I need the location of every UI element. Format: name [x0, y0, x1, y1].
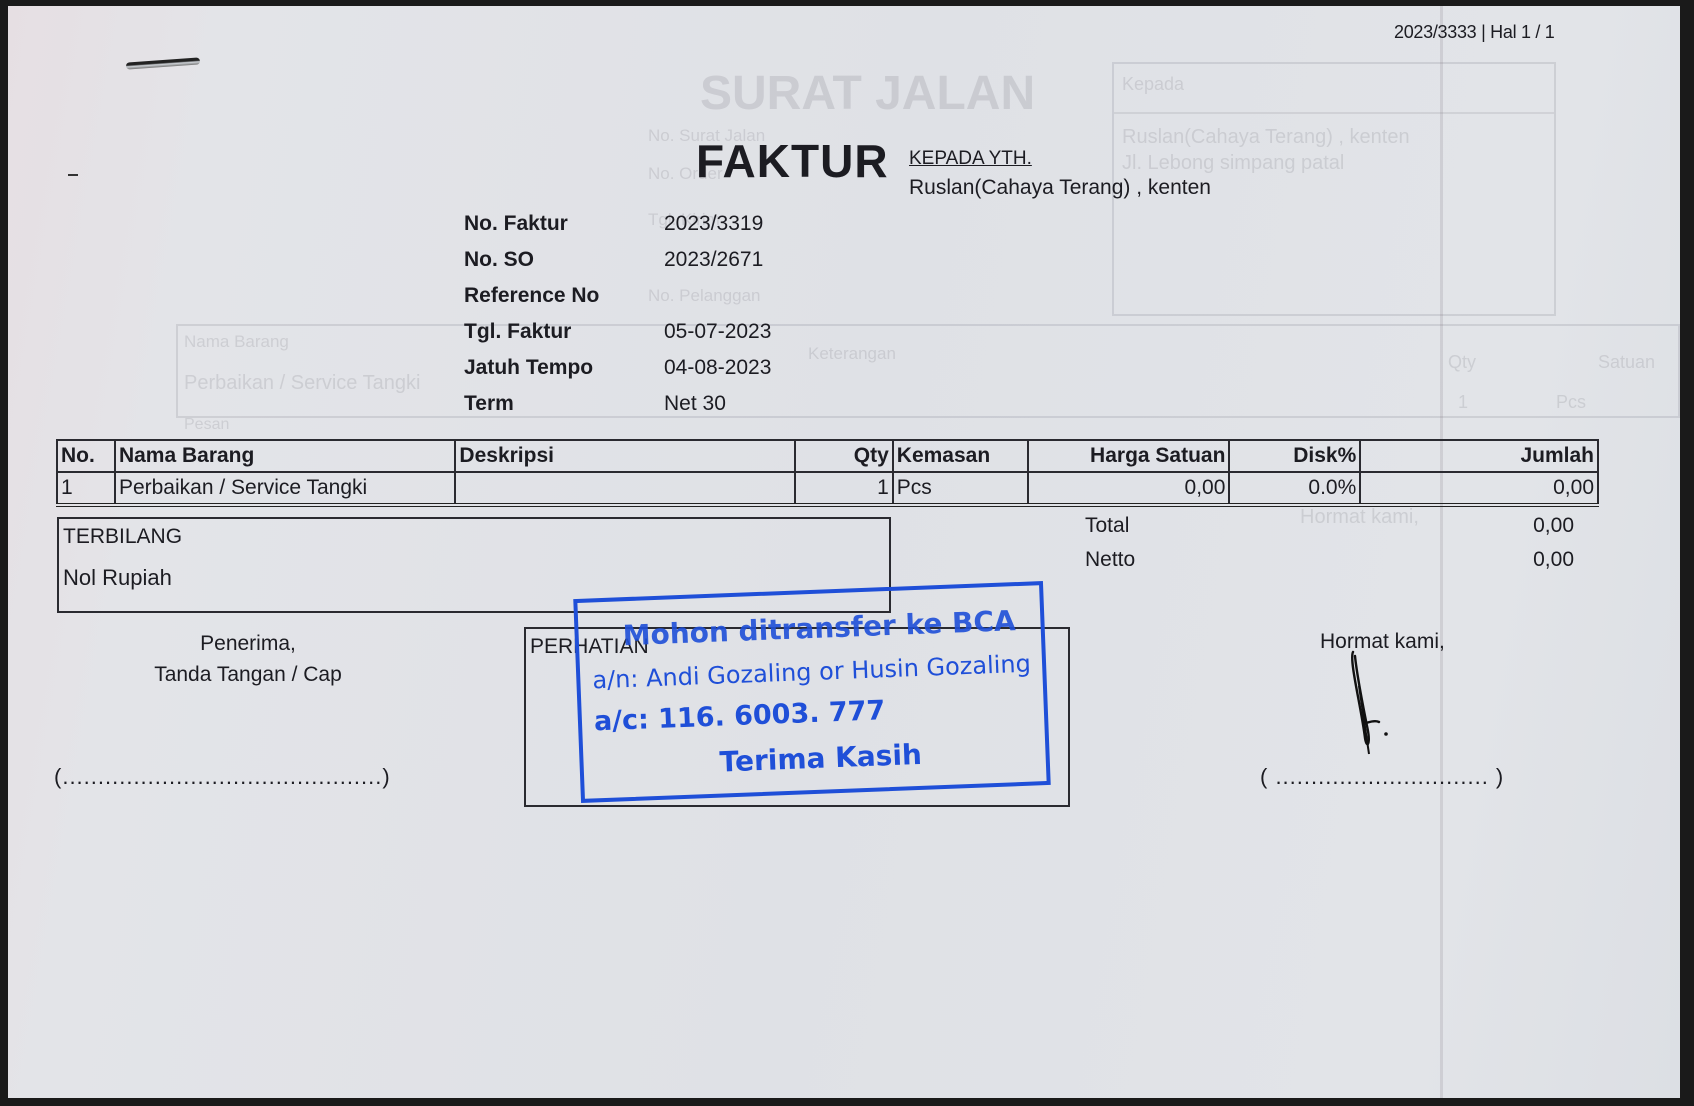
- ghost-customer: Ruslan(Cahaya Terang) , kenten: [1122, 126, 1410, 149]
- ghost-hormat: Hormat kami,: [1300, 506, 1419, 529]
- ghost-col: Keterangan: [808, 344, 896, 364]
- tanda-tangan-label: Tanda Tangan / Cap: [118, 659, 378, 690]
- ghost-address: Jl. Lebong simpang patal: [1122, 152, 1344, 175]
- cell-jumlah: 0,00: [1360, 472, 1598, 505]
- col-disk: Disk%: [1229, 440, 1360, 472]
- col-deskripsi: Deskripsi: [455, 440, 794, 472]
- ghost-row: Perbaikan / Service Tangki: [184, 372, 420, 395]
- paper-fold-line: [1440, 6, 1443, 1098]
- issuer-signature-line: ( .............................. ): [1260, 764, 1504, 790]
- total-value: 0,00: [1533, 514, 1574, 538]
- cell-qty: 1: [795, 472, 893, 505]
- ghost-col: Qty: [1448, 352, 1476, 373]
- kepada-label: KEPADA YTH.: [909, 148, 1032, 170]
- bank-transfer-stamp: Mohon ditransfer ke BCA a/n: Andi Gozali…: [573, 581, 1050, 803]
- meta-row: Reference No: [464, 278, 771, 314]
- invoice-meta: No. Faktur 2023/3319 No. SO 2023/2671 Re…: [464, 206, 771, 422]
- cell-disk: 0.0%: [1229, 472, 1360, 505]
- meta-row: Tgl. Faktur 05-07-2023: [464, 314, 771, 350]
- punch-mark: [68, 174, 78, 176]
- terbilang-label: TERBILANG: [63, 525, 182, 549]
- ghost-row: Pcs: [1556, 392, 1586, 413]
- terbilang-value: Nol Rupiah: [63, 565, 172, 591]
- col-kemasan: Kemasan: [893, 440, 1028, 472]
- ghost-kepada: Kepada: [1122, 74, 1184, 95]
- stamp-line: Mohon ditransfer ke BCA: [622, 604, 1016, 652]
- items-table: No. Nama Barang Deskripsi Qty Kemasan Ha…: [56, 439, 1599, 507]
- ghost-pesan: Pesan: [184, 416, 229, 434]
- table-row: 1 Perbaikan / Service Tangki 1 Pcs 0,00 …: [57, 472, 1598, 505]
- meta-row: No. SO 2023/2671: [464, 242, 771, 278]
- cell-no: 1: [57, 472, 115, 505]
- meta-label: Term: [464, 392, 664, 416]
- col-qty: Qty: [795, 440, 893, 472]
- meta-label: Tgl. Faktur: [464, 320, 664, 344]
- meta-label: No. SO: [464, 248, 664, 272]
- netto-label: Netto: [1085, 548, 1135, 572]
- meta-row: Term Net 30: [464, 386, 771, 422]
- table-header-row: No. Nama Barang Deskripsi Qty Kemasan Ha…: [57, 440, 1598, 472]
- total-label: Total: [1085, 514, 1129, 538]
- stamp-account-name: a/n: Andi Gozaling or Husin Gozaling: [592, 650, 1031, 695]
- page-reference: 2023/3333 | Hal 1 / 1: [1394, 22, 1555, 43]
- signature-icon: [1343, 646, 1413, 756]
- staple-icon: [126, 57, 200, 69]
- meta-value: 2023/2671: [664, 248, 763, 272]
- penerima-label: Penerima,: [118, 628, 378, 659]
- ghost-col: Satuan: [1598, 352, 1655, 373]
- ghost-row: 1: [1458, 392, 1468, 413]
- meta-value: 05-07-2023: [664, 320, 771, 344]
- invoice-paper: SURAT JALAN Kepada Ruslan(Cahaya Terang)…: [8, 6, 1680, 1098]
- stamp-thanks: Terima Kasih: [719, 738, 923, 779]
- ghost-title: SURAT JALAN: [700, 66, 1035, 121]
- cell-nama-barang: Perbaikan / Service Tangki: [115, 472, 455, 505]
- col-jumlah: Jumlah: [1360, 440, 1598, 472]
- meta-row: No. Faktur 2023/3319: [464, 206, 771, 242]
- meta-label: Jatuh Tempo: [464, 356, 664, 380]
- col-no: No.: [57, 440, 115, 472]
- recipient-signature-line: (.......................................…: [54, 764, 391, 790]
- meta-value: Net 30: [664, 392, 726, 416]
- meta-label: No. Faktur: [464, 212, 664, 236]
- cell-harga-satuan: 0,00: [1028, 472, 1230, 505]
- meta-row: Jatuh Tempo 04-08-2023: [464, 350, 771, 386]
- ghost-col: Nama Barang: [184, 332, 289, 352]
- netto-value: 0,00: [1533, 548, 1574, 572]
- meta-value: 04-08-2023: [664, 356, 771, 380]
- penerima-block: Penerima, Tanda Tangan / Cap: [118, 628, 378, 690]
- col-nama-barang: Nama Barang: [115, 440, 455, 472]
- cell-kemasan: Pcs: [893, 472, 1028, 505]
- stamp-account-number: a/c: 116. 6003. 777: [593, 695, 885, 737]
- document-title: FAKTUR: [696, 134, 889, 188]
- col-harga-satuan: Harga Satuan: [1028, 440, 1230, 472]
- cell-deskripsi: [455, 472, 794, 505]
- meta-value: 2023/3319: [664, 212, 763, 236]
- meta-label: Reference No: [464, 284, 664, 308]
- customer-name: Ruslan(Cahaya Terang) , kenten: [909, 176, 1211, 200]
